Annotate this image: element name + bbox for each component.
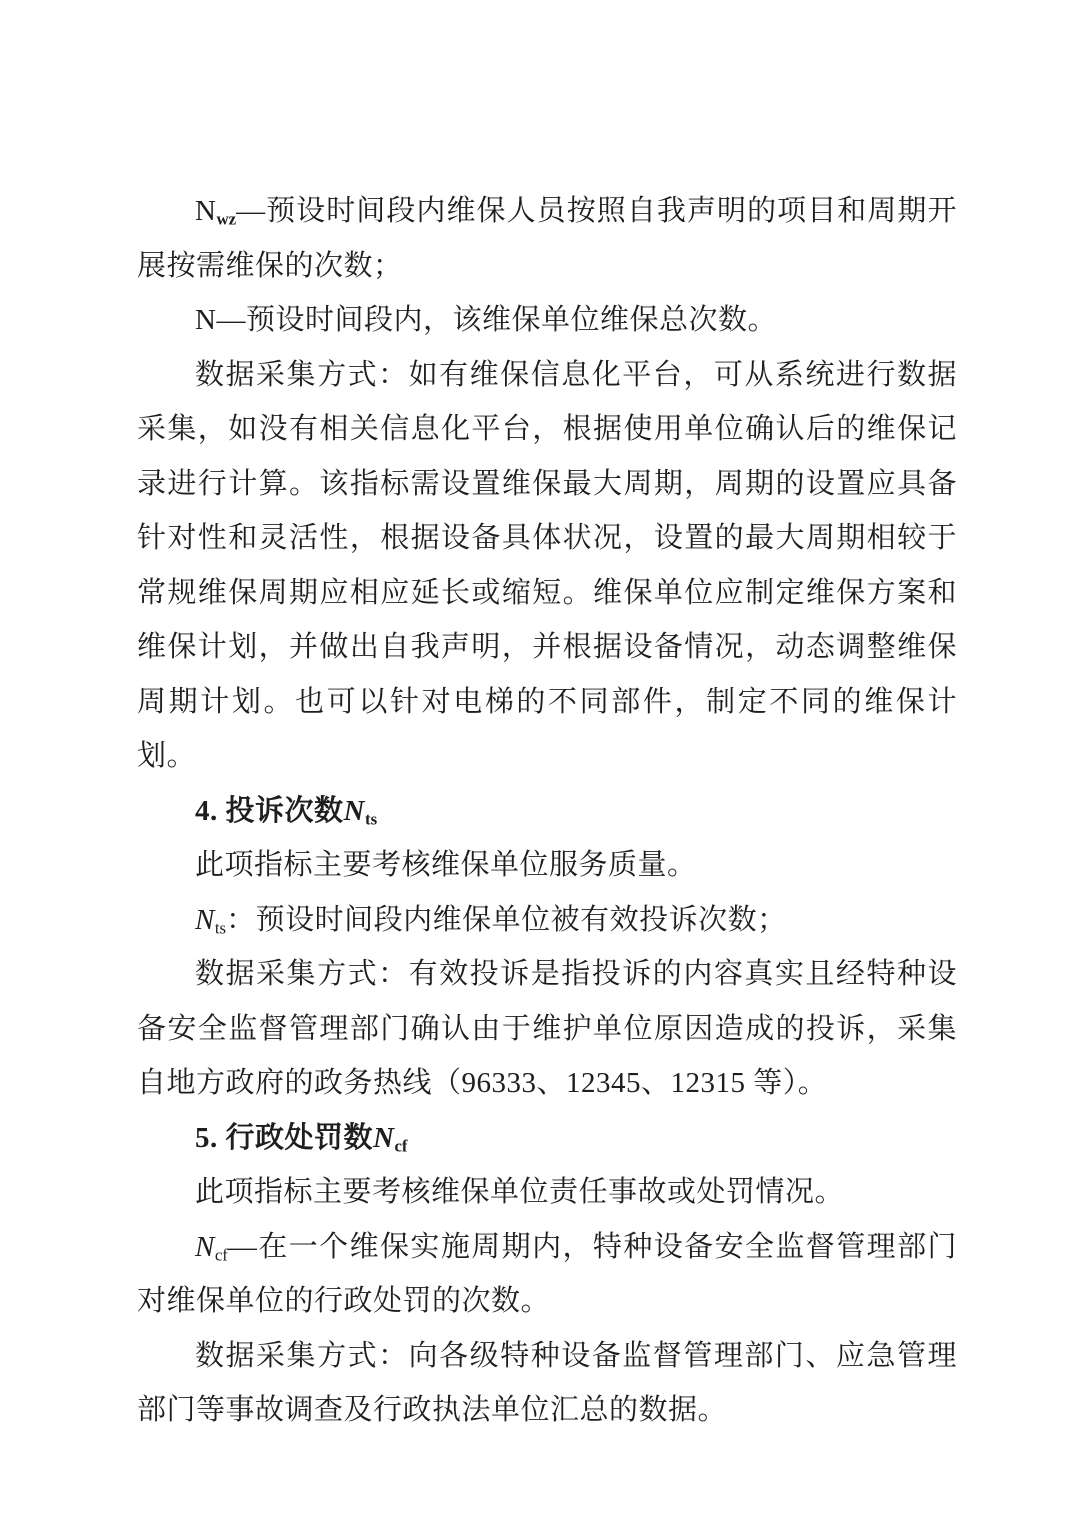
symbol-nts-heading-subscript: ts	[365, 809, 377, 828]
symbol-nts-subscript: ts	[215, 918, 226, 937]
para-n-total-definition: N—预设时间段内，该维保单位维保总次数。	[137, 293, 957, 348]
symbol-nwz: Nwz	[195, 195, 236, 227]
symbol-nts-heading: Nts	[344, 795, 378, 827]
symbol-ncf: Ncf	[195, 1231, 228, 1263]
symbol-ncf-heading-subscript: cf	[394, 1136, 407, 1155]
para-ncf-definition-text: —在一个维保实施周期内，特种设备安全监督管理部门对维保单位的行政处罚的次数。	[137, 1231, 957, 1318]
para-data-collection-method-3: 数据采集方式：向各级特种设备监督管理部门、应急管理部门等事故调查及行政执法单位汇…	[137, 1329, 957, 1438]
para-data-collection-method-2: 数据采集方式：有效投诉是指投诉的内容真实且经特种设备安全监督管理部门确认由于维护…	[137, 947, 957, 1111]
symbol-nwz-subscript: wz	[216, 210, 236, 229]
symbol-nts: Nts	[195, 904, 226, 936]
para-complaint-purpose: 此项指标主要考核维保单位服务质量。	[137, 838, 957, 893]
para-data-collection-method-1-text: 数据采集方式：如有维保信息化平台，可从系统进行数据采集，如没有相关信息化平台，根…	[137, 359, 957, 773]
symbol-ncf-subscript: cf	[215, 1245, 228, 1264]
para-data-collection-method-2-text: 数据采集方式：有效投诉是指投诉的内容真实且经特种设备安全监督管理部门确认由于维护…	[137, 958, 957, 1099]
heading-complaint-count: 4. 投诉次数Nts	[137, 784, 957, 839]
heading-penalty-count-label: 5. 行政处罚数	[195, 1122, 373, 1154]
symbol-ncf-heading: Ncf	[373, 1122, 408, 1154]
document-content: Nwz—预设时间段内维保人员按照自我声明的项目和周期开展按需维保的次数； N—预…	[137, 184, 957, 1438]
para-penalty-purpose-text: 此项指标主要考核维保单位责任事故或处罚情况。	[195, 1176, 844, 1208]
symbol-n: N	[195, 304, 216, 336]
para-data-collection-method-3-text: 数据采集方式：向各级特种设备监督管理部门、应急管理部门等事故调查及行政执法单位汇…	[137, 1340, 957, 1427]
para-data-collection-method-1: 数据采集方式：如有维保信息化平台，可从系统进行数据采集，如没有相关信息化平台，根…	[137, 348, 957, 784]
para-ncf-definition: Ncf—在一个维保实施周期内，特种设备安全监督管理部门对维保单位的行政处罚的次数…	[137, 1220, 957, 1329]
para-penalty-purpose: 此项指标主要考核维保单位责任事故或处罚情况。	[137, 1165, 957, 1220]
para-nwz-definition: Nwz—预设时间段内维保人员按照自我声明的项目和周期开展按需维保的次数；	[137, 184, 957, 293]
para-nts-definition: Nts：预设时间段内维保单位被有效投诉次数；	[137, 893, 957, 948]
heading-penalty-count: 5. 行政处罚数Ncf	[137, 1111, 957, 1166]
heading-complaint-count-label: 4. 投诉次数	[195, 795, 344, 827]
para-nts-definition-text: ：预设时间段内维保单位被有效投诉次数；	[226, 904, 787, 936]
para-complaint-purpose-text: 此项指标主要考核维保单位服务质量。	[195, 849, 697, 881]
para-n-total-definition-text: —预设时间段内，该维保单位维保总次数。	[216, 304, 777, 336]
document-page: Nwz—预设时间段内维保人员按照自我声明的项目和周期开展按需维保的次数； N—预…	[0, 0, 1080, 1527]
para-nwz-definition-text: —预设时间段内维保人员按照自我声明的项目和周期开展按需维保的次数；	[137, 195, 957, 282]
